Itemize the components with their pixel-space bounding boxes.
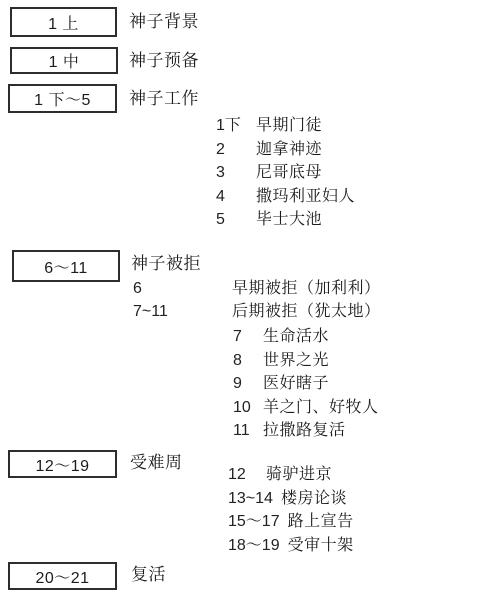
item-number: 9 <box>233 372 255 396</box>
item-text: 拉撒路复活 <box>263 419 346 443</box>
chapter-label-6-11: 神子被拒 <box>131 255 201 272</box>
chapter-box-12-19: 12～19 <box>8 450 117 478</box>
item-number: 6 <box>133 277 232 300</box>
item-number: 12 <box>228 463 258 487</box>
item-text: 生命活水 <box>263 325 329 349</box>
chapter-box-1c-5: 1 下～5 <box>8 84 117 113</box>
chapter-label-12-19: 受难周 <box>130 454 183 471</box>
list-item: 5 毕士大池 <box>216 208 355 232</box>
chapter-box-20-21: 20～21 <box>8 562 117 590</box>
item-number: 13~14 <box>228 487 273 511</box>
list-rejection: 7 生命活水 8 世界之光 9 医好瞎子 10 羊之门、好牧人 11 拉撒路复活 <box>233 325 379 443</box>
list-item: 3 尼哥底母 <box>216 161 355 185</box>
item-number: 7 <box>233 325 255 349</box>
item-number: 10 <box>233 396 255 420</box>
item-number: 15～17 <box>228 510 280 534</box>
item-text: 尼哥底母 <box>256 161 322 185</box>
item-number: 8 <box>233 349 255 373</box>
item-number: 7~11 <box>133 300 232 323</box>
list-item: 2 迦拿神迹 <box>216 138 355 162</box>
list-item: 1下 早期门徒 <box>216 114 355 138</box>
subhead-row: 7~11 后期被拒（犹太地） <box>133 300 381 323</box>
item-number: 2 <box>216 138 256 162</box>
chapter-label-20-21: 复活 <box>131 566 166 583</box>
item-text: 路上宣告 <box>288 510 354 534</box>
list-item: 13~14 楼房论谈 <box>228 487 354 511</box>
item-text: 楼房论谈 <box>281 487 347 511</box>
list-item: 11 拉撒路复活 <box>233 419 379 443</box>
chapter-label-1c-5: 神子工作 <box>129 90 199 107</box>
item-number: 3 <box>216 161 256 185</box>
item-number: 4 <box>216 185 256 209</box>
item-text: 后期被拒（犹太地） <box>232 300 381 323</box>
subhead-row: 6 早期被拒（加利利） <box>133 277 381 300</box>
item-text: 毕士大池 <box>256 208 322 232</box>
outline-chart: 1 上 神子背景 1 中 神子预备 1 下～5 神子工作 1下 早期门徒 2 迦… <box>0 0 491 595</box>
list-item: 10 羊之门、好牧人 <box>233 396 379 420</box>
item-number: 11 <box>233 419 255 443</box>
list-item: 12 骑驴进京 <box>228 463 354 487</box>
chapter-box-1a: 1 上 <box>10 7 117 37</box>
item-text: 骑驴进京 <box>266 463 332 487</box>
list-item: 8 世界之光 <box>233 349 379 373</box>
item-text: 羊之门、好牧人 <box>263 396 379 420</box>
chapter-label-1b: 神子预备 <box>129 52 199 69</box>
list-works: 1下 早期门徒 2 迦拿神迹 3 尼哥底母 4 撒玛利亚妇人 5 毕士大池 <box>216 114 355 232</box>
item-text: 早期被拒（加利利） <box>232 277 381 300</box>
list-item: 4 撒玛利亚妇人 <box>216 185 355 209</box>
item-number: 18～19 <box>228 534 280 558</box>
list-passion-week: 12 骑驴进京 13~14 楼房论谈 15～17 路上宣告 18～19 受审十架 <box>228 463 354 557</box>
list-item: 9 医好瞎子 <box>233 372 379 396</box>
list-item: 15～17 路上宣告 <box>228 510 354 534</box>
list-item: 18～19 受审十架 <box>228 534 354 558</box>
item-text: 医好瞎子 <box>263 372 329 396</box>
list-item: 7 生命活水 <box>233 325 379 349</box>
item-text: 受审十架 <box>288 534 354 558</box>
item-text: 早期门徒 <box>256 114 322 138</box>
item-text: 迦拿神迹 <box>256 138 322 162</box>
item-number: 1下 <box>216 114 256 138</box>
item-text: 撒玛利亚妇人 <box>256 185 355 209</box>
subhead-list-rejection: 6 早期被拒（加利利） 7~11 后期被拒（犹太地） <box>133 277 381 323</box>
chapter-box-1b: 1 中 <box>10 47 118 74</box>
chapter-box-6-11: 6～11 <box>12 250 120 282</box>
item-number: 5 <box>216 208 256 232</box>
item-text: 世界之光 <box>263 349 329 373</box>
chapter-label-1a: 神子背景 <box>129 13 199 30</box>
